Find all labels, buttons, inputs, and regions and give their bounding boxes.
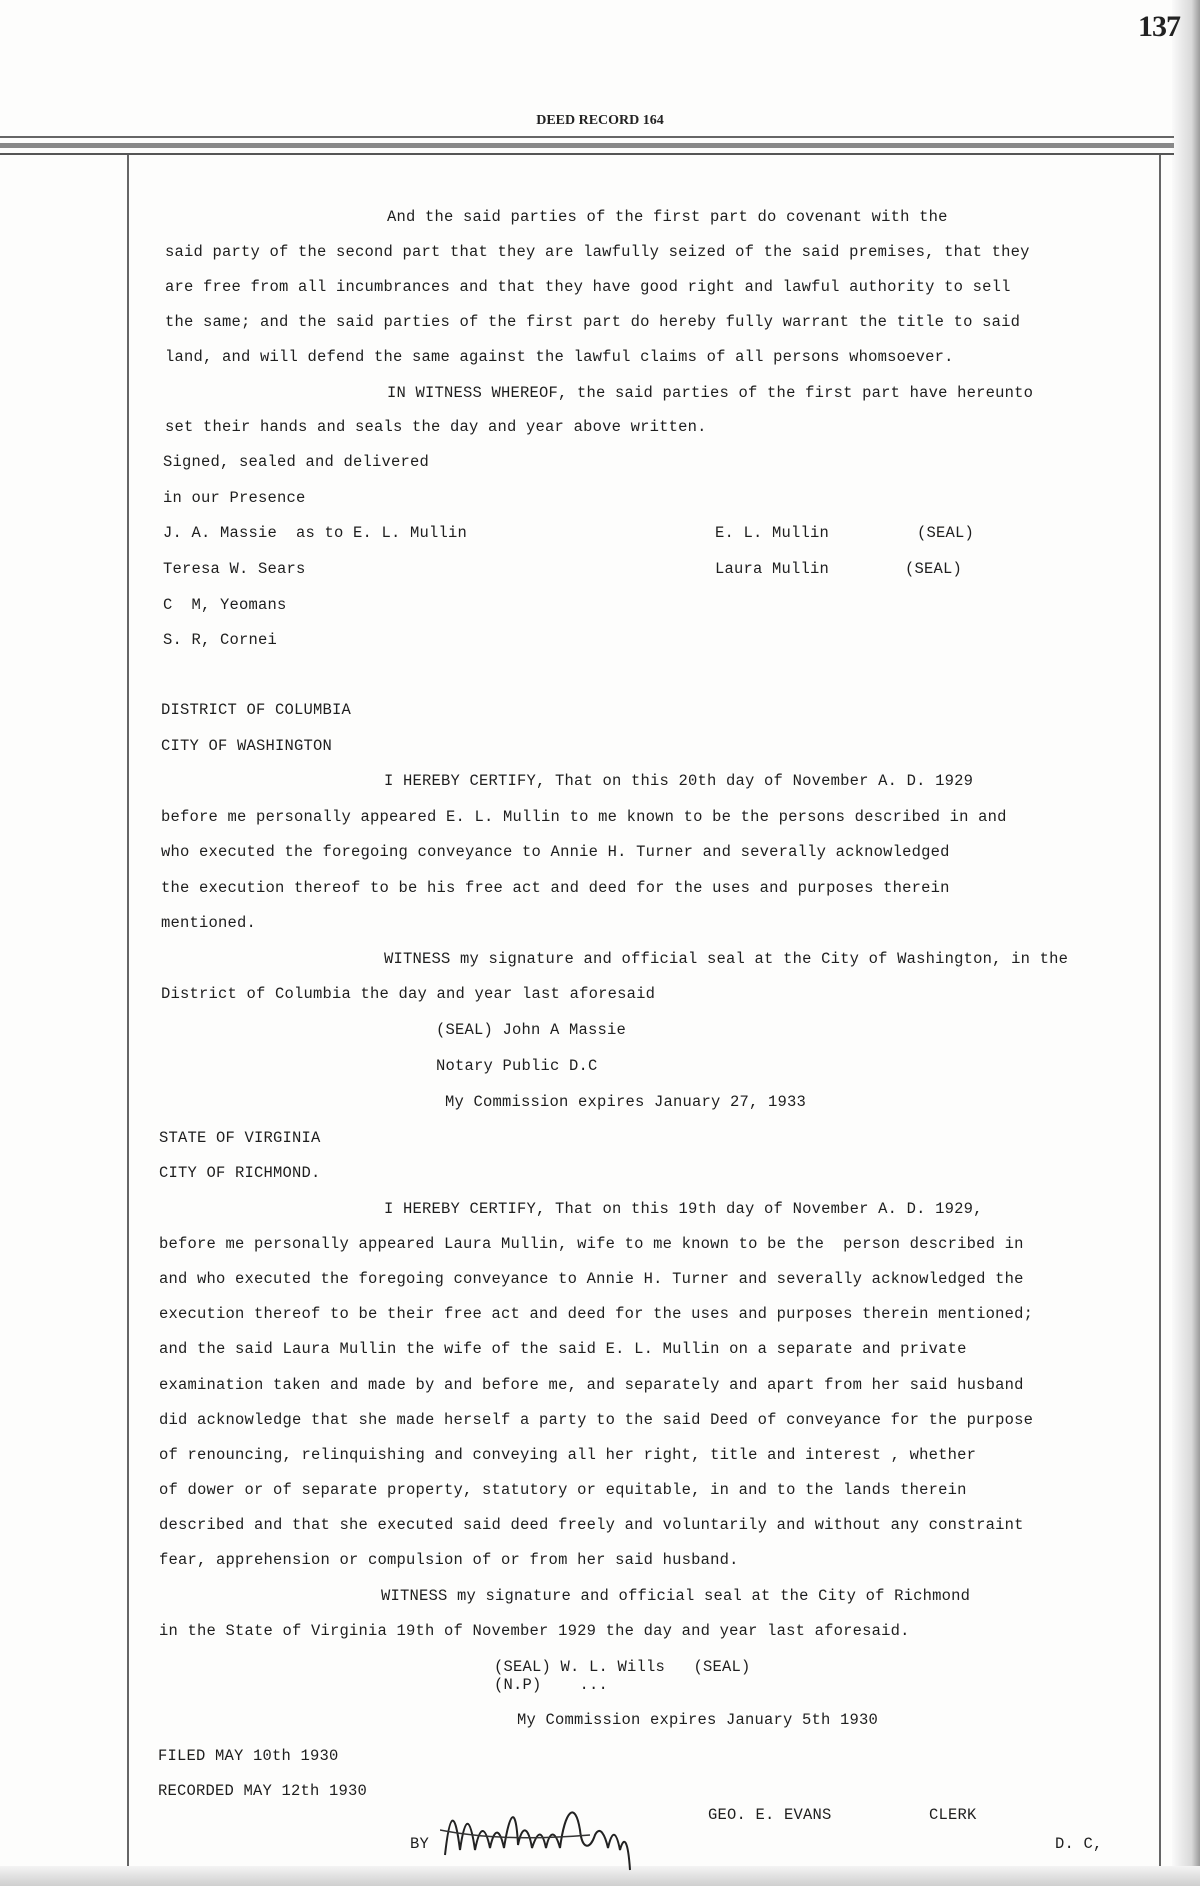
notary-commission: My Commission expires January 27, 1933 <box>445 1093 806 1111</box>
page-edge-shadow <box>1172 0 1200 1886</box>
acknowledgment-line: described and that she executed said dee… <box>159 1516 1024 1534</box>
notary-seal-name: (SEAL) W. L. Wills (SEAL) <box>494 1658 751 1676</box>
acknowledgment-line: fear, apprehension or compulsion of or f… <box>159 1551 739 1569</box>
jurisdiction-heading: STATE OF VIRGINIA <box>159 1129 321 1147</box>
acknowledgment-line: of renouncing, relinquishing and conveyi… <box>159 1446 976 1464</box>
notary-witness-line: WITNESS my signature and official seal a… <box>381 1587 970 1605</box>
notary-commission: My Commission expires January 5th 1930 <box>517 1711 878 1729</box>
grantor-seal: (SEAL) <box>917 524 974 542</box>
witness-clause-line: set their hands and seals the day and ye… <box>165 418 707 436</box>
covenant-line: are free from all incumbrances and that … <box>165 278 1011 296</box>
witness-name: J. A. Massie as to E. L. Mullin <box>163 524 467 542</box>
notary-witness-line: in the State of Virginia 19th of Novembe… <box>159 1622 910 1640</box>
acknowledgment-line: I HEREBY CERTIFY, That on this 19th day … <box>384 1200 983 1218</box>
acknowledgment-line: and who executed the foregoing conveyanc… <box>159 1270 1024 1288</box>
in-our-presence: in our Presence <box>163 489 306 507</box>
acknowledgment-line: I HEREBY CERTIFY, That on this 20th day … <box>384 772 973 790</box>
filed-date: FILED MAY 10th 1930 <box>158 1747 339 1765</box>
grantor-seal: (SEAL) <box>905 560 962 578</box>
witness-name: Teresa W. Sears <box>163 560 306 578</box>
acknowledgment-line: mentioned. <box>161 914 256 932</box>
covenant-line: the same; and the said parties of the fi… <box>165 313 1020 331</box>
acknowledgment-line: before me personally appeared Laura Mull… <box>159 1235 1024 1253</box>
city-heading: CITY OF RICHMOND. <box>159 1164 321 1182</box>
acknowledgment-line: examination taken and made by and before… <box>159 1376 1024 1394</box>
header-rule-bottom <box>0 153 1174 155</box>
covenant-line: And the said parties of the first part d… <box>387 208 948 226</box>
right-margin-line <box>1159 155 1161 1866</box>
jurisdiction-heading: DISTRICT OF COLUMBIA <box>161 701 351 719</box>
page-number: 137 <box>1138 10 1180 44</box>
acknowledgment-line: the execution thereof to be his free act… <box>161 879 950 897</box>
left-margin-line <box>127 155 129 1866</box>
deputy-clerk-abbrev: D. C, <box>1055 1835 1103 1853</box>
grantor-name: E. L. Mullin <box>715 524 829 542</box>
header-rule-middle <box>0 143 1174 148</box>
by-label: BY <box>410 1835 429 1853</box>
acknowledgment-line: of dower or of separate property, statut… <box>159 1481 967 1499</box>
acknowledgment-line: did acknowledge that she made herself a … <box>159 1411 1033 1429</box>
notary-title: Notary Public D.C <box>436 1057 598 1075</box>
header-rule-top <box>0 136 1174 138</box>
acknowledgment-line: before me personally appeared E. L. Mull… <box>161 808 1007 826</box>
acknowledgment-line: and the said Laura Mullin the wife of th… <box>159 1340 967 1358</box>
recorded-date: RECORDED MAY 12th 1930 <box>158 1782 367 1800</box>
notary-witness-line: WITNESS my signature and official seal a… <box>384 950 1068 968</box>
signed-sealed-delivered: Signed, sealed and delivered <box>163 453 429 471</box>
deputy-clerk-signature <box>440 1800 740 1880</box>
ledger-header: DEED RECORD 164 <box>0 113 1200 129</box>
notary-witness-line: District of Columbia the day and year la… <box>161 985 655 1003</box>
covenant-line: said party of the second part that they … <box>165 243 1030 261</box>
grantor-name: Laura Mullin <box>715 560 829 578</box>
clerk-title: CLERK <box>929 1806 977 1824</box>
notary-title: (N.P) ... <box>494 1676 608 1694</box>
notary-seal-name: (SEAL) John A Massie <box>436 1021 626 1039</box>
witness-name: S. R, Cornei <box>163 631 277 649</box>
witness-clause-line: IN WITNESS WHEREOF, the said parties of … <box>387 384 1033 402</box>
deed-record-page: 137 DEED RECORD 164 And the said parties… <box>0 0 1200 1886</box>
witness-name: C M, Yeomans <box>163 596 287 614</box>
city-heading: CITY OF WASHINGTON <box>161 737 332 755</box>
acknowledgment-line: execution thereof to be their free act a… <box>159 1305 1033 1323</box>
covenant-line: land, and will defend the same against t… <box>165 348 954 366</box>
acknowledgment-line: who executed the foregoing conveyance to… <box>161 843 950 861</box>
